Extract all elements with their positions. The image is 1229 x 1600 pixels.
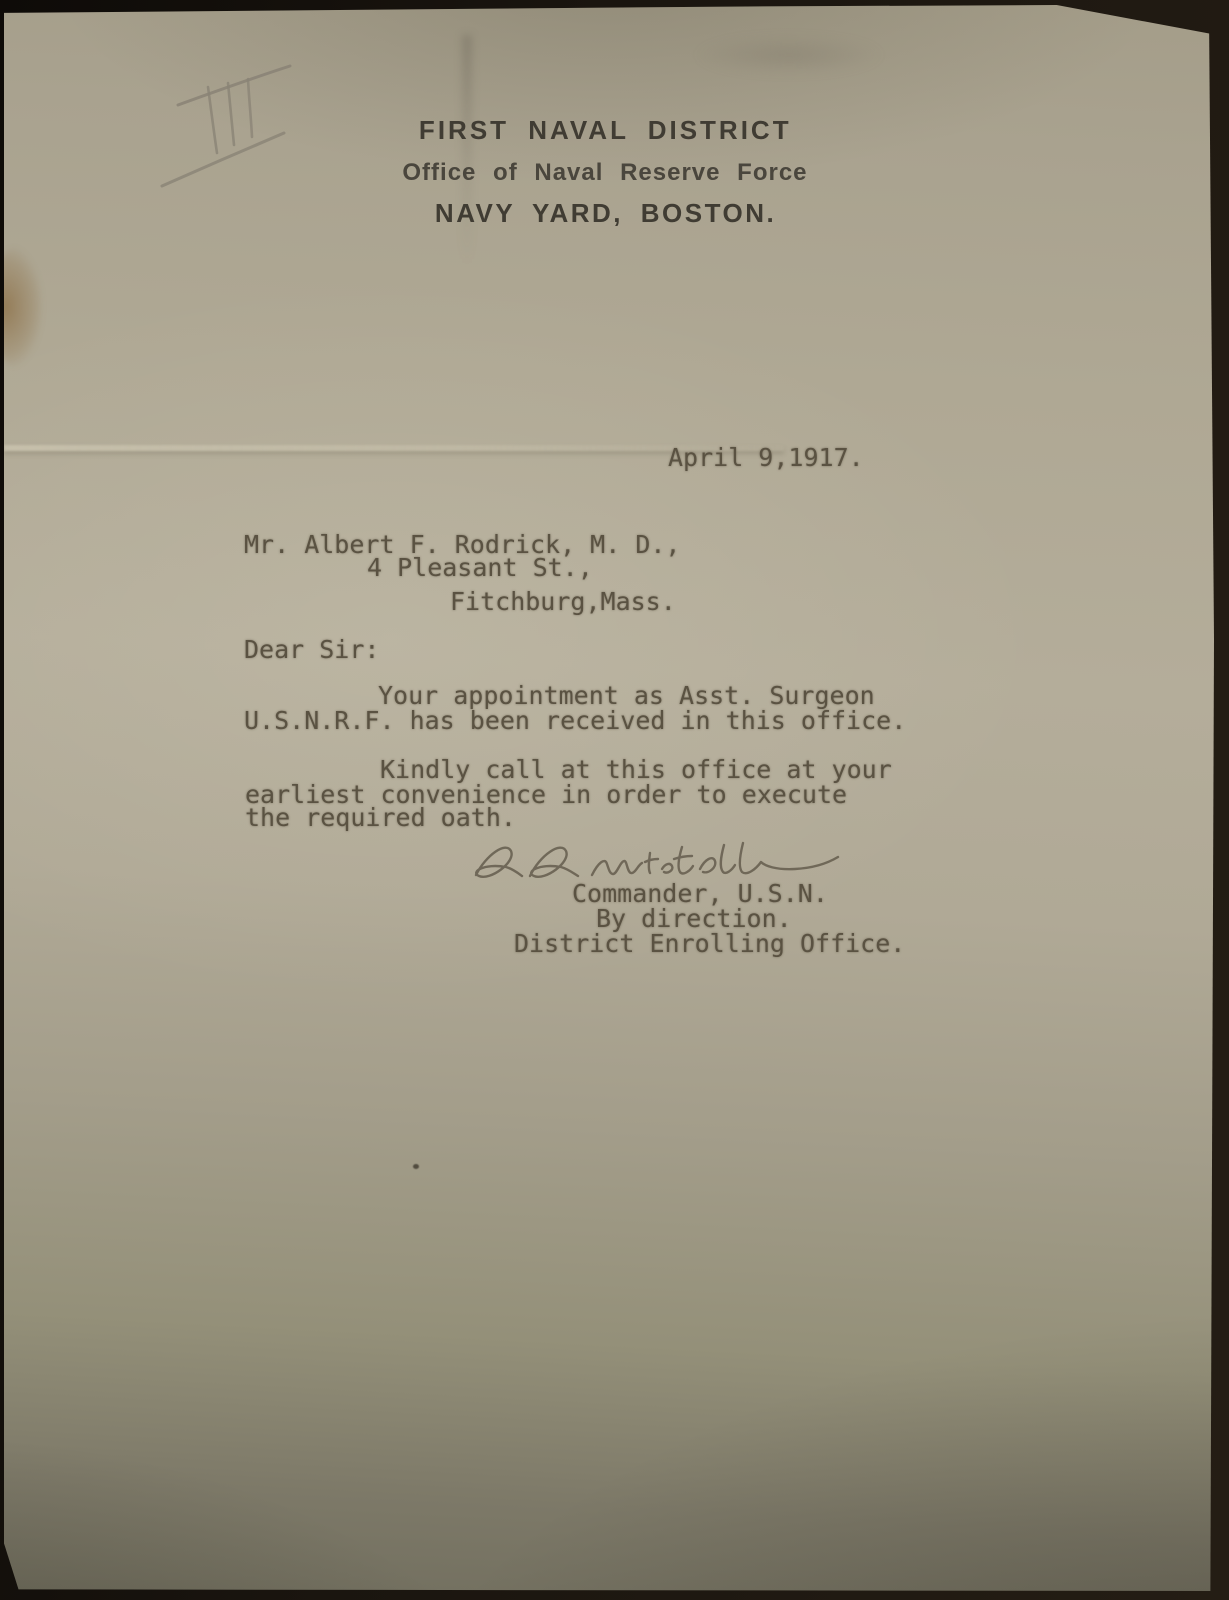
photo-background: FIRST NAVAL DISTRICT Office of Naval Res… — [0, 0, 1229, 1600]
closing-line-3: District Enrolling Office. — [514, 931, 905, 956]
pencil-mark-III — [156, 53, 306, 198]
letterhead-line-1: FIRST NAVAL DISTRICT — [419, 115, 792, 146]
body-para1-line1: Your appointment as Asst. Surgeon — [378, 683, 875, 708]
horizontal-fold-crease — [4, 445, 784, 451]
letter-date: April 9,1917. — [668, 445, 864, 470]
paper-speck — [413, 1164, 419, 1169]
letterhead-line-2: Office of Naval Reserve Force — [402, 159, 807, 187]
top-smudge — [694, 35, 884, 75]
closing-line-2: By direction. — [596, 906, 792, 931]
salutation: Dear Sir: — [244, 637, 379, 662]
closing-line-1: Commander, U.S.N. — [572, 881, 828, 906]
vertical-crease — [462, 35, 472, 265]
body-para1-line2: U.S.N.R.F. has been received in this off… — [244, 708, 906, 733]
recipient-line-2: 4 Pleasant St., — [367, 555, 593, 580]
body-para2-line3: the required oath. — [245, 805, 516, 830]
edge-stain — [0, 247, 42, 367]
letter-paper: FIRST NAVAL DISTRICT Office of Naval Res… — [4, 5, 1214, 1591]
body-para2-line1: Kindly call at this office at your — [380, 757, 892, 782]
letterhead-line-3: NAVY YARD, BOSTON. — [435, 198, 776, 229]
recipient-line-3: Fitchburg,Mass. — [450, 589, 676, 614]
